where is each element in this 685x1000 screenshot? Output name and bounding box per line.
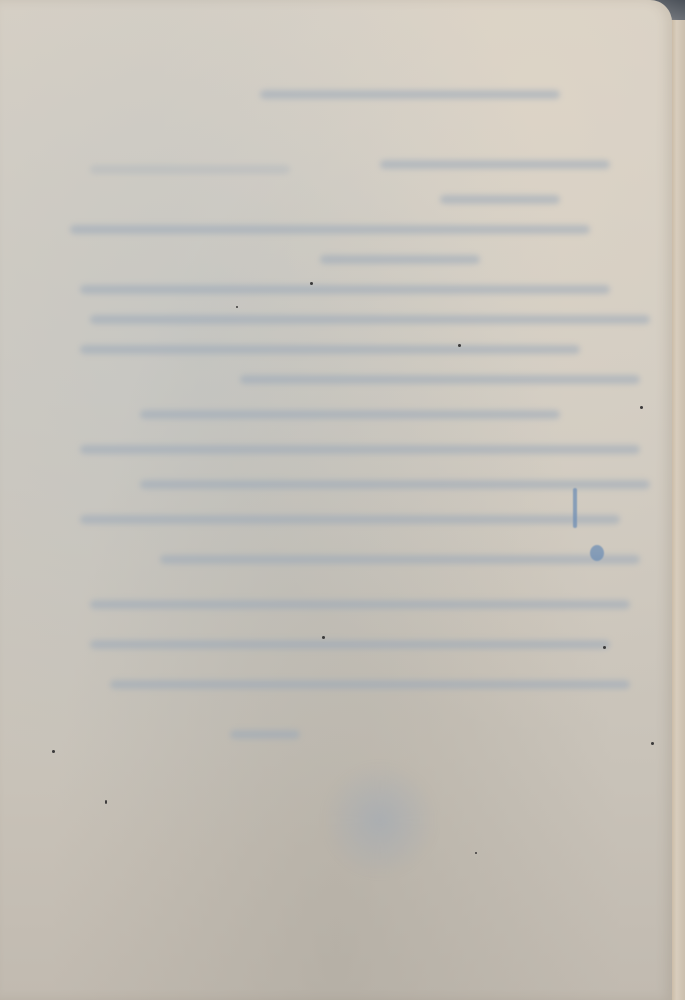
- faint-stamp-bleed: [325, 760, 435, 880]
- book-page: [0, 0, 672, 1000]
- handwriting-bleed-through: [60, 70, 660, 790]
- paper-speck: [475, 852, 477, 854]
- paper-speck: [310, 282, 313, 285]
- paper-speck: [640, 406, 643, 409]
- adjacent-page-edge: [670, 20, 685, 1000]
- paper-speck: [603, 646, 606, 649]
- paper-speck: [651, 742, 654, 745]
- paper-speck: [236, 306, 238, 308]
- ink-blot-mark: [590, 545, 604, 561]
- paper-speck: [105, 800, 107, 804]
- paper-speck: [52, 750, 55, 753]
- paper-speck: [322, 636, 325, 639]
- ink-stroke-mark: [573, 488, 577, 528]
- paper-speck: [458, 344, 461, 347]
- photo-scene: [0, 0, 685, 1000]
